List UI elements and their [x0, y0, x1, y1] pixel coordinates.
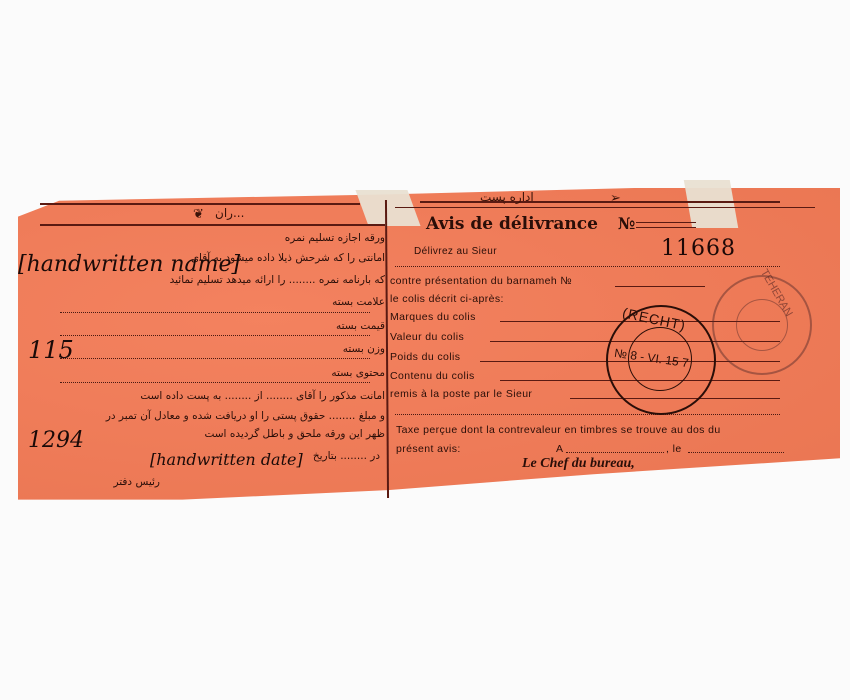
- top-rule: [40, 203, 360, 205]
- field-barnameh: contre présentation du barnameh №: [390, 275, 572, 287]
- fill-line: [615, 286, 705, 287]
- handwritten-recipient: [handwritten name]: [18, 252, 240, 277]
- place-label: A: [556, 443, 563, 455]
- dotted-line: [395, 414, 780, 415]
- field-marks: Marques du colis: [390, 311, 476, 323]
- handwritten-value: 115: [28, 336, 74, 364]
- dotted-line: [60, 382, 370, 383]
- field-weight: Poids du colis: [390, 351, 460, 363]
- stub-line: علامت بسته: [332, 296, 385, 308]
- stub-line: و مبلغ ........ حقوق پستی را او دریافت ش…: [106, 410, 385, 422]
- dotted-line: [60, 358, 370, 359]
- stub-line: ورقه اجازه تسلیم نمره: [285, 232, 385, 244]
- stub-line: وزن بسته: [343, 343, 385, 355]
- postmark-tehran: TEHERAN: [712, 275, 812, 375]
- field-described: le colis décrit ci-après:: [390, 293, 504, 305]
- form-header: اداره پست: [480, 190, 534, 204]
- postmark-number-label: №: [613, 346, 628, 362]
- field-deliver-to: Délivrez au Sieur: [414, 246, 497, 257]
- header-rule: [40, 224, 385, 226]
- date-field: [688, 452, 784, 453]
- field-value: Valeur du colis: [390, 331, 464, 343]
- ornament-icon: ❦: [193, 206, 204, 222]
- number-underline: [636, 222, 696, 223]
- place-field: [566, 452, 664, 453]
- signature-label: Le Chef du bureau,: [522, 456, 635, 472]
- tape-strip: [684, 180, 738, 228]
- dotted-line: [60, 312, 370, 313]
- stub-line: امانت مذکور را آقای ........ از ........…: [140, 390, 385, 402]
- tax-note: présent avis:: [396, 443, 461, 455]
- stub-line: قیمت بسته: [336, 320, 385, 332]
- form-title: Avis de délivrance: [426, 214, 598, 234]
- serial-number: 11668: [661, 236, 736, 261]
- stub-line: رئیس دفتر: [113, 476, 160, 488]
- stub-line: محتوی بسته: [331, 367, 385, 379]
- header-rule: [395, 207, 815, 208]
- number-sign: №: [618, 214, 635, 233]
- ornament-icon: ➢: [610, 190, 621, 206]
- number-underline: [636, 227, 696, 228]
- field-contents: Contenu du colis: [390, 370, 475, 382]
- top-rule: [420, 201, 780, 203]
- postmark-recht: (RECHT) № 8 - VI. 15 7: [606, 305, 716, 415]
- dotted-line: [60, 335, 370, 336]
- handwritten-year: 1294: [28, 428, 84, 453]
- dotted-line: [395, 266, 780, 267]
- field-remitted-by: remis à la poste par le Sieur: [390, 388, 532, 400]
- handwritten-date: [handwritten date]: [150, 450, 303, 469]
- stub-line: در ........ بتاریخ: [313, 450, 380, 462]
- stub-header: ...ران: [215, 206, 244, 220]
- stub-line: ظهر این ورقه ملحق و باطل گردیده است: [204, 428, 385, 440]
- date-label: , le: [666, 443, 682, 455]
- tax-note: Taxe perçue dont la contrevaleur en timb…: [396, 424, 721, 436]
